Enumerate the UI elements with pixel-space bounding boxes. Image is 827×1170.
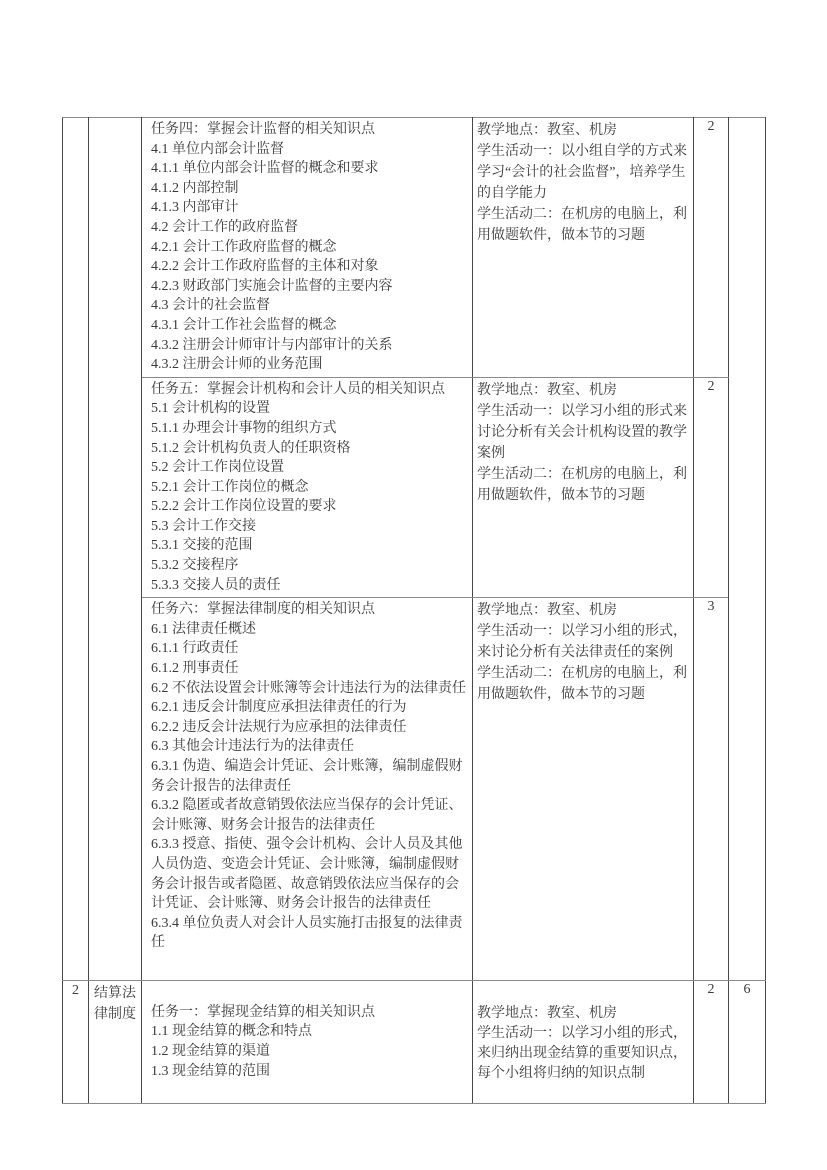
task4-content-cell: 任务四：掌握会计监督的相关知识点 4.1 单位内部会计监督 4.1.1 单位内部… — [142, 118, 473, 378]
table-row: 任务四：掌握会计监督的相关知识点 4.1 单位内部会计监督 4.1.1 单位内部… — [63, 118, 766, 378]
chapter2-number-cell: 2 — [63, 981, 89, 1104]
task6-activities-cell: 教学地点：教室、机房 学生活动一：以学习小组的形式，来讨论分析有关法律责任的案例… — [473, 598, 694, 981]
table-row: 2 结算法律制度 任务一：掌握现金结算的相关知识点 1.1 现金结算的概念和特点… — [63, 981, 766, 1104]
ch2-task1-activities-text: 教学地点：教室、机房 学生活动一：以学习小组的形式，来归纳出现金结算的重要知识点… — [477, 1004, 690, 1080]
task5-content-cell: 任务五：掌握会计机构和会计人员的相关知识点 5.1 会计机构的设置 5.1.1 … — [142, 377, 473, 598]
chapter2-total-hours-cell: 6 — [729, 981, 766, 1104]
ch2-task1-content-cell: 任务一：掌握现金结算的相关知识点 1.1 现金结算的概念和特点 1.2 现金结算… — [142, 981, 473, 1104]
task5-hours-cell: 2 — [694, 377, 729, 598]
task6-content-cell: 任务六：掌握法律制度的相关知识点 6.1 法律责任概述 6.1.1 行政责任 6… — [142, 598, 473, 981]
chapter2-title-cell: 结算法律制度 — [89, 981, 142, 1104]
task4-hours-cell: 2 — [694, 118, 729, 378]
task6-hours-cell: 3 — [694, 598, 729, 981]
ch2-task1-activities-cell: 教学地点：教室、机房 学生活动一：以学习小组的形式，来归纳出现金结算的重要知识点… — [473, 981, 694, 1104]
ch2-task1-hours-cell: 2 — [694, 981, 729, 1104]
task5-activities-cell: 教学地点：教室、机房 学生活动一：以学习小组的形式来讨论分析有关会计机构设置的教… — [473, 377, 694, 598]
table-row: 任务六：掌握法律制度的相关知识点 6.1 法律责任概述 6.1.1 行政责任 6… — [63, 598, 766, 981]
chapter1-total-hours-cell — [729, 118, 766, 981]
task4-activities-cell: 教学地点：教室、机房 学生活动一：以小组自学的方式来学习“会计的社会监督”，培养… — [473, 118, 694, 378]
chapter1-number-cell — [63, 118, 89, 981]
document-page: 任务四：掌握会计监督的相关知识点 4.1 单位内部会计监督 4.1.1 单位内部… — [0, 0, 827, 1170]
course-schedule-table: 任务四：掌握会计监督的相关知识点 4.1 单位内部会计监督 4.1.1 单位内部… — [62, 117, 766, 1104]
ch2-task1-content-text: 任务一：掌握现金结算的相关知识点 1.1 现金结算的概念和特点 1.2 现金结算… — [151, 1003, 468, 1079]
table-row: 任务五：掌握会计机构和会计人员的相关知识点 5.1 会计机构的设置 5.1.1 … — [63, 377, 766, 598]
chapter1-title-cell — [89, 118, 142, 981]
